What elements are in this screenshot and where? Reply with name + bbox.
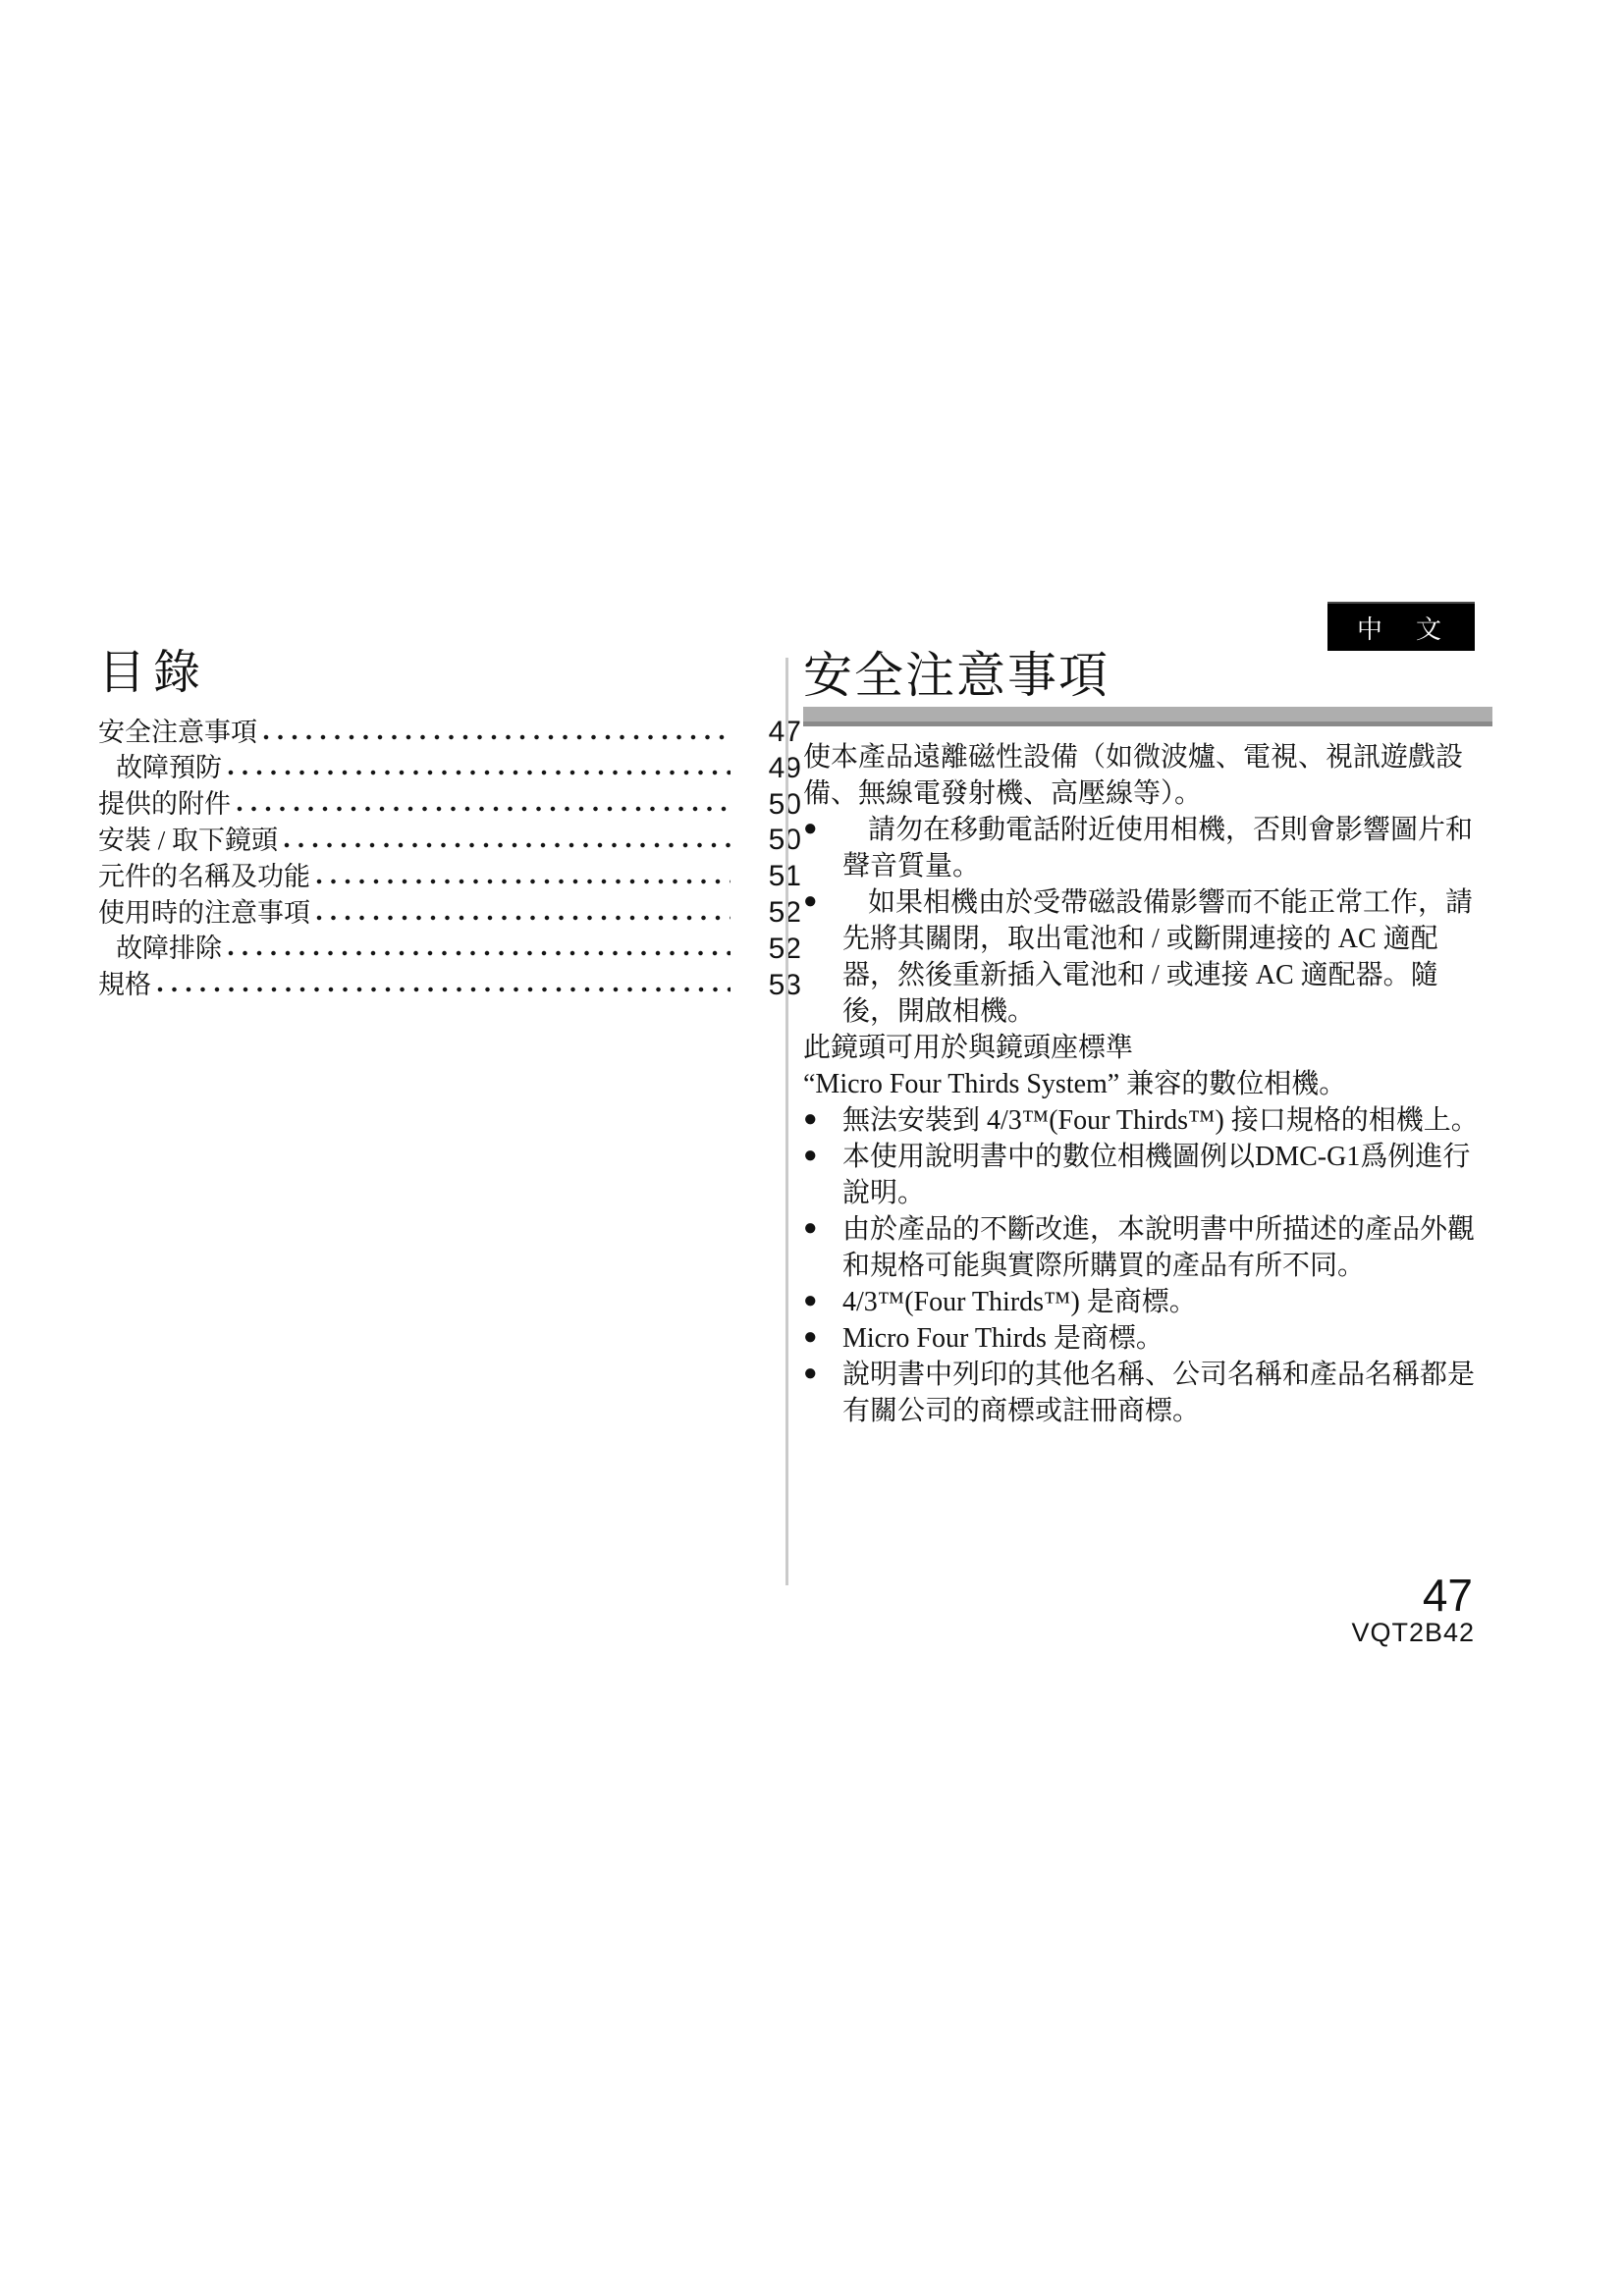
bullet-text: 請勿在移動電話附近使用相機，否則會影響圖片和聲音質量。 <box>842 815 1473 881</box>
bullet-text: 如果相機由於受帶磁設備影響而不能正常工作，請先將其關閉，取出電池和 / 或斷開連… <box>842 887 1473 1027</box>
toc-item-label: 故障排除 <box>98 934 222 964</box>
bullet-icon: ● <box>803 811 818 847</box>
toc-title: 目錄 <box>98 648 801 700</box>
bullet-text: 本使用說明書中的數位相機圖例以DMC-G1爲例進行說明。 <box>842 1142 1470 1208</box>
table-of-contents: 目錄 安全注意事項 47 故障預防 49 提供的附件 50 安裝 / 取下鏡頭 … <box>98 648 801 1000</box>
toc-item-label: 安全注意事項 <box>98 718 257 748</box>
toc-row: 規格 53 <box>98 964 801 1000</box>
toc-item-label: 元件的名稱及功能 <box>98 862 310 892</box>
bullet-icon: ● <box>803 1283 818 1319</box>
toc-leader-dots <box>316 879 731 884</box>
toc-row: 安全注意事項 47 <box>98 712 801 748</box>
toc-item-label: 規格 <box>98 970 151 1000</box>
bullet-item: ●請勿在移動電話附近使用相機，否則會影響圖片和聲音質量。 <box>803 812 1492 884</box>
bullet-text: 由於產品的不斷改進，本說明書中所描述的產品外觀和規格可能與實際所購買的產品有所不… <box>842 1214 1475 1281</box>
toc-page-number: 51 <box>738 861 801 892</box>
toc-row: 故障預防 49 <box>98 748 801 784</box>
column-divider <box>785 658 788 1585</box>
bullet-icon: ● <box>803 1210 818 1247</box>
lens-note-line2: “Micro Four Thirds System” 兼容的數位相機。 <box>803 1066 1492 1102</box>
bullet-item: ●由於產品的不斷改進，本說明書中所描述的產品外觀和規格可能與實際所購買的產品有所… <box>803 1211 1492 1284</box>
toc-item-label: 故障預防 <box>98 753 222 783</box>
bullet-list-top: ●請勿在移動電話附近使用相機，否則會影響圖片和聲音質量。 ●如果相機由於受帶磁設… <box>803 812 1492 1030</box>
bullet-icon: ● <box>803 1356 818 1392</box>
bullet-text: 4/3™(Four Thirds™) 是商標。 <box>842 1287 1197 1317</box>
toc-page-number: 50 <box>738 789 801 821</box>
bullet-item: ●說明書中列印的其他名稱、公司名稱和產品名稱都是有關公司的商標或註冊商標。 <box>803 1357 1492 1429</box>
bullet-item: ●本使用說明書中的數位相機圖例以DMC-G1爲例進行說明。 <box>803 1139 1492 1211</box>
lens-note-line1: 此鏡頭可用於與鏡頭座標準 <box>803 1030 1492 1066</box>
toc-item-label: 使用時的注意事項 <box>98 898 310 929</box>
toc-row: 元件的名稱及功能 51 <box>98 856 801 892</box>
bullet-item: ●4/3™(Four Thirds™) 是商標。 <box>803 1284 1492 1320</box>
toc-leader-dots <box>263 734 731 740</box>
bullet-item: ●Micro Four Thirds 是商標。 <box>803 1320 1492 1357</box>
toc-page-number: 49 <box>738 753 801 784</box>
section-heading: 安全注意事項 <box>803 648 1492 703</box>
bullet-item: ●無法安裝到 4/3™(Four Thirds™) 接口規格的相機上。 <box>803 1102 1492 1139</box>
toc-leader-dots <box>228 770 731 775</box>
toc-leader-dots <box>316 915 731 921</box>
footer-page-number: 47 <box>1423 1573 1473 1618</box>
toc-row: 使用時的注意事項 52 <box>98 892 801 929</box>
heading-underline-bar <box>803 707 1492 726</box>
toc-page-number: 53 <box>738 970 801 1001</box>
toc-page-number: 52 <box>738 934 801 965</box>
toc-item-label: 安裝 / 取下鏡頭 <box>98 826 278 856</box>
toc-row: 提供的附件 50 <box>98 783 801 820</box>
safety-section: 安全注意事項 使本產品遠離磁性設備（如微波爐、電視、視訊遊戲設備、無線電發射機、… <box>803 648 1492 1429</box>
bullet-text: Micro Four Thirds 是商標。 <box>842 1323 1164 1354</box>
bullet-text: 無法安裝到 4/3™(Four Thirds™) 接口規格的相機上。 <box>842 1105 1479 1136</box>
intro-paragraph: 使本產品遠離磁性設備（如微波爐、電視、視訊遊戲設備、無線電發射機、高壓線等）。 <box>803 739 1492 812</box>
bullet-icon: ● <box>803 1138 818 1174</box>
toc-leader-dots <box>284 842 731 848</box>
bullet-icon: ● <box>803 1319 818 1356</box>
toc-page-number: 47 <box>738 717 801 748</box>
language-badge: 中 文 <box>1327 602 1475 651</box>
toc-page-number: 52 <box>738 897 801 929</box>
toc-item-label: 提供的附件 <box>98 789 231 820</box>
toc-leader-dots <box>157 987 731 992</box>
toc-leader-dots <box>228 950 731 956</box>
footer-document-code: VQT2B42 <box>1351 1620 1475 1646</box>
toc-row: 故障排除 52 <box>98 929 801 965</box>
bullet-text: 說明書中列印的其他名稱、公司名稱和產品名稱都是有關公司的商標或註冊商標。 <box>842 1360 1475 1426</box>
toc-leader-dots <box>237 806 731 812</box>
bullet-item: ●如果相機由於受帶磁設備影響而不能正常工作，請先將其關閉，取出電池和 / 或斷開… <box>803 884 1492 1030</box>
toc-row: 安裝 / 取下鏡頭 50 <box>98 820 801 856</box>
manual-page: 中 文 目錄 安全注意事項 47 故障預防 49 提供的附件 50 安裝 / 取… <box>0 0 1624 2296</box>
bullet-list-bottom: ●無法安裝到 4/3™(Four Thirds™) 接口規格的相機上。 ●本使用… <box>803 1102 1492 1429</box>
toc-page-number: 50 <box>738 825 801 856</box>
bullet-icon: ● <box>803 1101 818 1138</box>
bullet-icon: ● <box>803 883 818 920</box>
